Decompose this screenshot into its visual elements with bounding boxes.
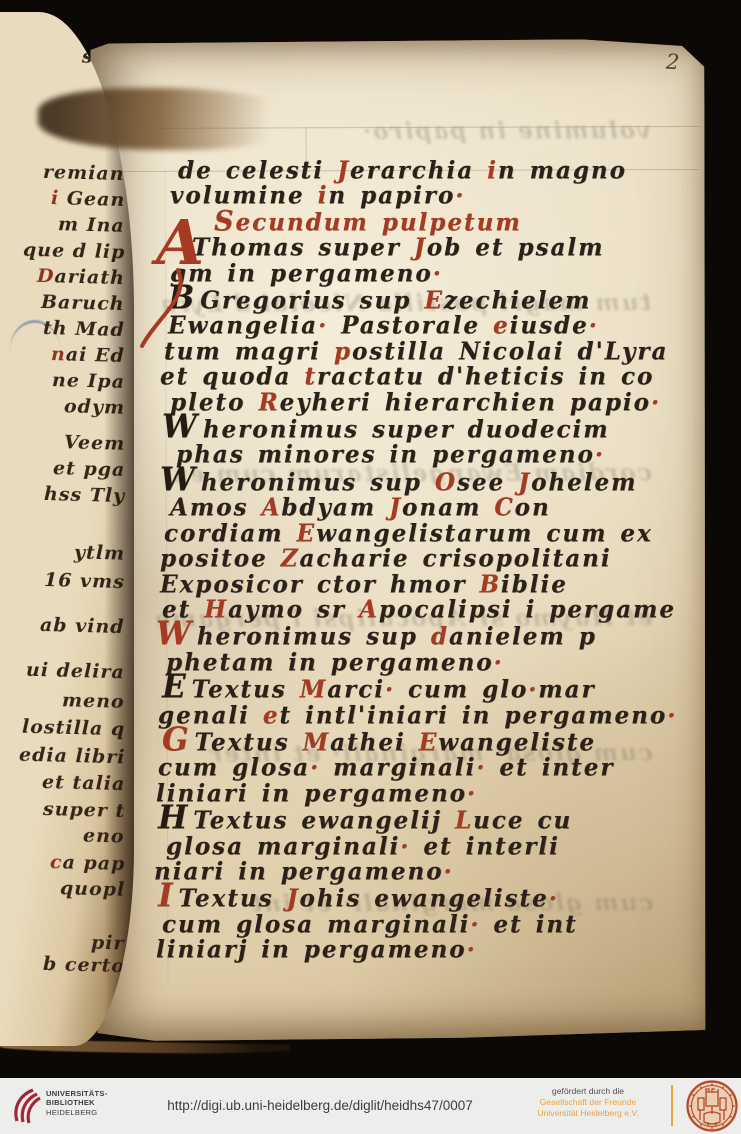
manuscript-line: cordiam Ewangelistarum cum ex: [164, 520, 673, 546]
previous-page-text-fragment: odym: [64, 395, 126, 419]
manuscript-line: HTextus ewangelij Luce cu: [158, 806, 673, 835]
manuscript-line: GTextus Mathei Ewangeliste: [162, 727, 673, 756]
previous-page-text-fragment: super t: [42, 798, 125, 822]
manuscript-line: phas minores in pergameno·: [176, 442, 673, 468]
previous-page-text-fragment: meno: [62, 689, 125, 713]
previous-page-text-fragment: lostilla q: [21, 716, 125, 741]
manuscript-line: phetam in pergameno·: [166, 649, 673, 675]
manuscript-line: Thomas super Job et psalm: [192, 235, 673, 261]
manuscript-line: BGregorius sup Ezechielem: [168, 285, 673, 314]
logo-line-2: BIBLIOTHEK: [46, 1098, 107, 1107]
manuscript-line: cum glosa marginali· et int: [162, 911, 673, 937]
manuscript-line: volumine in papiro·: [170, 183, 673, 209]
previous-page-text-fragment: th Mad: [43, 317, 125, 341]
manuscript-line: niari in pergameno·: [154, 858, 673, 884]
funding-divider: [671, 1085, 673, 1126]
previous-page-text-fragment: 16 vms: [44, 569, 125, 593]
previous-page-text-fragment: ui delira: [26, 659, 125, 684]
manuscript-line: Wheronimus sup Osee Johelem: [160, 467, 673, 496]
manuscript-line: pleto Reyheri hierarchien papio·: [170, 389, 673, 415]
manuscript-line: de celesti Jerarchia in magno: [178, 157, 673, 183]
manuscript-line: liniarj in pergameno·: [156, 937, 673, 963]
logo-line-1: UNIVERSITÄTS-: [46, 1089, 107, 1098]
manuscript-line: liniari in pergameno·: [156, 780, 673, 806]
manuscript-line: gm in pergameno·: [170, 260, 673, 286]
page-url: http://digi.ub.uni-heidelberg.de/diglit/…: [150, 1098, 490, 1113]
manuscript-line: et quoda tractatu d'heticis in co: [160, 364, 673, 390]
previous-page-text-fragment: ytlm: [74, 541, 126, 564]
manuscript-line: tum magri postilla Nicolai d'Lyra: [164, 338, 673, 364]
previous-page-text-fragment: et talia: [41, 771, 125, 795]
manuscript-line: cum glosa· marginali· et inter: [158, 755, 673, 781]
funding-note: gefördert durch die Gesellschaft der Fre…: [523, 1086, 653, 1120]
footer-bar: UNIVERSITÄTS- BIBLIOTHEK HEIDELBERG http…: [0, 1078, 741, 1134]
manuscript-line: ETextus Marci· cum glo·mar: [162, 675, 673, 704]
manuscript-line: et Haymo sr Apocalipsi i pergame: [162, 596, 673, 622]
ub-logo-text: UNIVERSITÄTS- BIBLIOTHEK HEIDELBERG: [46, 1089, 107, 1117]
university-seal-icon: [686, 1080, 738, 1132]
funding-line-3: Universität Heidelberg e.V.: [523, 1108, 653, 1119]
previous-page-text-fragment: hss Tly: [44, 483, 126, 507]
previous-page-text-fragment: pir: [91, 932, 125, 955]
ub-heidelberg-logo-icon: [12, 1087, 42, 1125]
previous-page-text-fragment: m Ina: [58, 213, 125, 237]
drop-initial-A: A: [134, 204, 226, 354]
manuscript-line: genali et intl'iniari in pergameno·: [158, 702, 673, 728]
manuscript-line: Wheronimus super duodecim: [162, 415, 673, 444]
manuscript-line: glosa marginali· et interli: [166, 833, 673, 859]
svg-text:A: A: [151, 206, 204, 279]
previous-page-edge: uytswbremiani Geanm Inaque d lipDariathB…: [0, 12, 134, 1046]
previous-page-text-fragment: quopl: [59, 877, 125, 901]
funding-line-2: Gesellschaft der Freunde: [523, 1097, 653, 1108]
previous-page-text-fragment: Veem: [63, 431, 125, 455]
manuscript-line: Ewangelia· Pastorale eiusde·: [168, 313, 673, 339]
manuscript-line: Secundum pulpetum: [214, 208, 673, 235]
manuscript-line: Amos Abdyam Jonam Con: [170, 495, 673, 521]
digitized-manuscript-photo: { "photo": { "folio_number": "2", "prev_…: [0, 0, 741, 1134]
previous-page-text-fragment: nai Ed: [51, 343, 125, 367]
funding-line-1: gefördert durch die: [523, 1086, 653, 1097]
previous-page-text-fragment: remian: [43, 161, 125, 185]
manuscript-line: positoe Zacharie crisopolitani: [160, 546, 673, 572]
manuscript-line: Wheronimus sup danielem p: [156, 622, 673, 651]
previous-page-text-fragment: ab vind: [40, 614, 125, 638]
previous-page-text-fragment: et pga: [52, 457, 125, 481]
manuscript-text: de celesti Jerarchia in magnovolumine in…: [168, 158, 673, 963]
previous-page-text-fragment: edia libri: [18, 744, 125, 769]
previous-page-text-fragment: eno: [83, 824, 125, 847]
manuscript-line: ITextus Johis ewangeliste·: [158, 884, 673, 913]
previous-page-text-fragment: ne Ipa: [52, 369, 126, 393]
previous-page-text-fragment: ca pap: [49, 851, 125, 875]
previous-page-text-fragment: i Gean: [50, 187, 125, 211]
manuscript-line: Exposicor ctor hmor Biblie: [160, 571, 673, 597]
previous-page-text-fragment: swb: [81, 45, 125, 68]
previous-page-text-fragment: que d lip: [22, 239, 125, 264]
previous-page-text-fragment: Baruch: [41, 291, 125, 315]
previous-page-text-fragment: b certo: [43, 953, 126, 977]
previous-page-text-fragment: Dariath: [37, 265, 125, 289]
previous-page-text-fragment: uyt: [88, 18, 125, 41]
logo-line-3: HEIDELBERG: [46, 1108, 107, 1117]
folio-number: 2: [665, 50, 680, 75]
